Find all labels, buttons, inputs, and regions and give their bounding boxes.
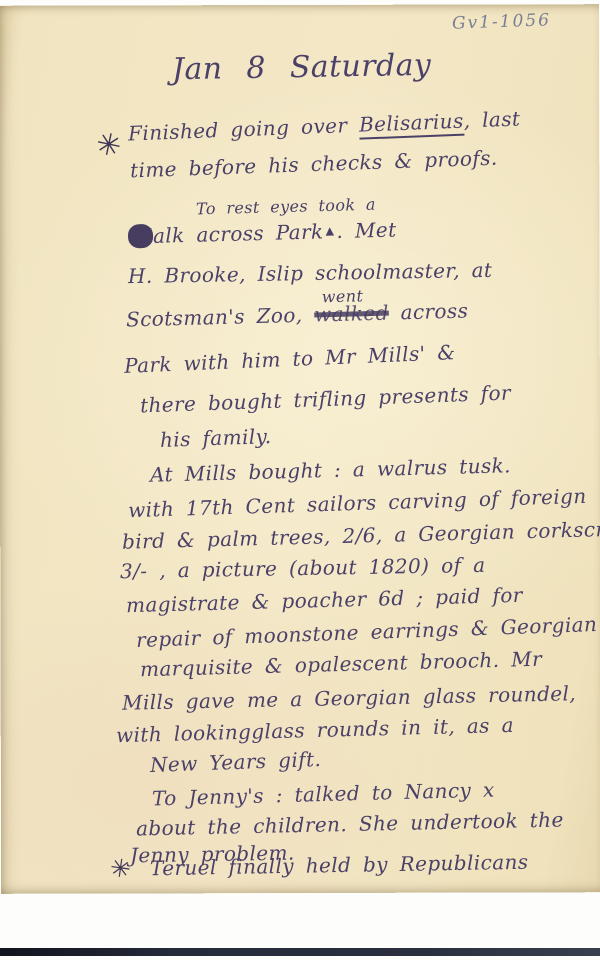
line4-end: . Met [336,217,397,243]
line4-mid: alk across Park [153,219,324,247]
margin-asterisk-bottom: ✳ [108,853,133,885]
scanned-diary-photo: Gv1-1056 Jan 8 Saturday ✳ Finished going… [0,0,600,960]
underlined-book-title: Belisarius [359,109,465,140]
insertion-caret-icon: ▲ [323,224,336,237]
line6-post: across [388,299,468,325]
line1-post: , last [463,106,521,132]
entry-date-heading: Jan 8 Saturday [172,48,432,88]
ink-blot-letter: W [128,224,154,249]
catalog-number-annotation: Gv1-1056 [452,10,552,33]
photo-edge-rule [0,948,600,956]
inserted-word: went [322,286,364,306]
line6-pre: Scotsman's Zoo, [126,303,315,332]
correction: walkedwent [314,301,389,327]
manuscript-line: his family. [160,424,272,452]
